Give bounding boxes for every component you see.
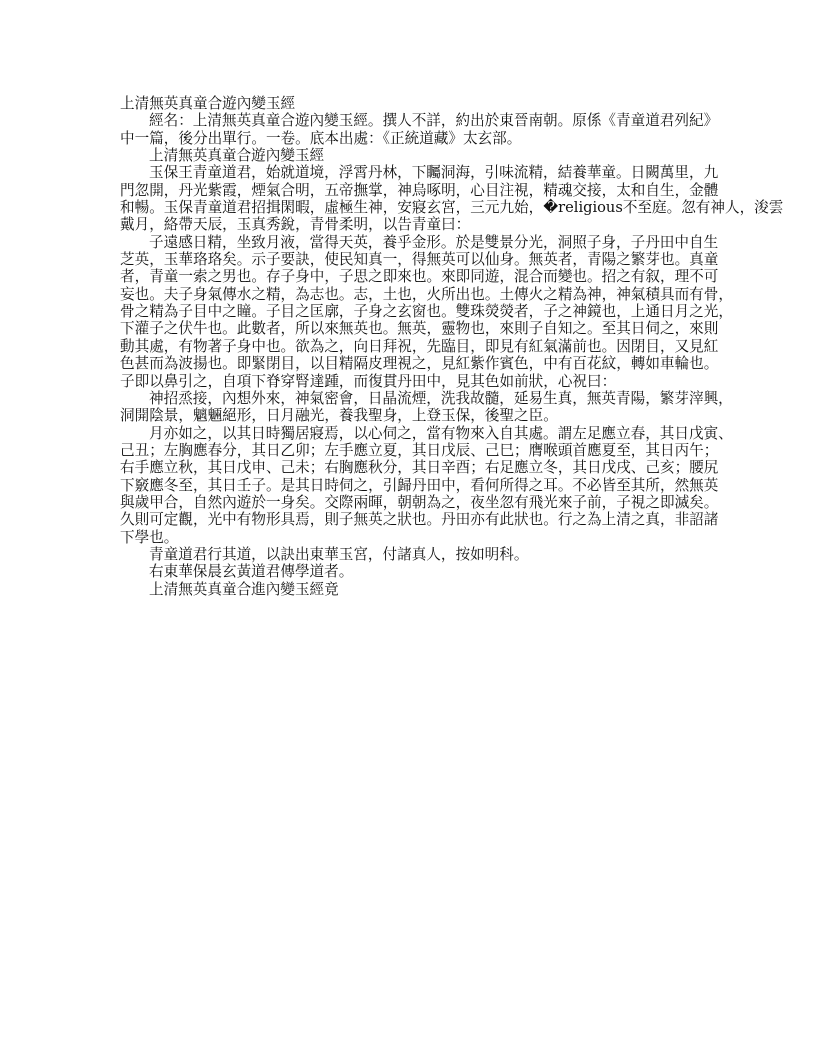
document-title: 上清無英真童合遊內變玉經 — [120, 95, 720, 112]
text-line: 色甚而為波揚也。即緊閉目，以目精隔皮理視之，見紅紫作賓色，中有百花紋，轉如車輪也… — [120, 355, 720, 372]
colophon: 右東華保晨玄黃道君傳學道者。 — [120, 563, 720, 580]
paragraph: 青童道君行其道，以訣出東華玉宮，付諸真人，按如明科。 — [120, 546, 720, 563]
text-line: 玉保王青童道君，始就道境，浮霄丹林，下矚洞海，引味流精，結養華童。日闕萬里，九 — [120, 164, 720, 181]
text-line: 與歲甲合，自然內遊於一身矣。交際兩暉，朝朝為之，夜坐忽有飛光來子前，子視之即滅矣… — [120, 494, 720, 511]
paragraph: 玉保王青童道君，始就道境，浮霄丹林，下矚洞海，引味流精，結養華童。日闕萬里，九 … — [120, 164, 720, 233]
text-line: 神招烝接，內想外來，神氣密會，日晶流煙，洗我故髓，延易生真，無英青陽，繁芽滓興， — [120, 390, 720, 407]
document-subtitle: 上清無英真童合遊內變玉經 — [120, 147, 720, 164]
intro-line: 經名：上清無英真童合遊內變玉經。撰人不詳，約出於東晉南朝。原係《青童道君列紀》 — [120, 112, 720, 129]
text-line: 上清無英真童合進內變玉經竟 — [120, 581, 720, 598]
text-line: 子即以鼻引之，自項下脊穿腎達踵，而復貫丹田中，見其色如前狀，心祝曰： — [120, 373, 720, 390]
text-line: 子遠感日精，坐致月液，當得天英，養乎金形。於是雙景分光，洞照子身，子丹田中自生 — [120, 234, 720, 251]
text-line: 己丑；左胸應春分，其日乙卯；左手應立夏，其日戊辰、己巳；膺喉頭首應夏至，其日丙午… — [120, 442, 720, 459]
text-line: 妄也。夫子身氣傳水之精，為志也。志，土也，火所出也。土傳火之精為神，神氣積具而有… — [120, 286, 720, 303]
document-page: 上清無英真童合遊內變玉經 經名：上清無英真童合遊內變玉經。撰人不詳，約出於東晉南… — [120, 95, 720, 598]
text-line: 者，青童一索之男也。存子身中，子思之即來也。來即同遊，混合而變也。招之有叙，理不… — [120, 268, 720, 285]
paragraph: 月亦如之，以其日時獨居寢焉，以心伺之，當有物來入自其處。謂左足應立春，其日戊寅、… — [120, 425, 720, 546]
closing-title: 上清無英真童合進內變玉經竟 — [120, 581, 720, 598]
text-line: 動其處，有物著子身中也。欲為之，向日拜祝，先臨目，即見有紅氣滿前也。因閉目，又見… — [120, 338, 720, 355]
text-line: 右手應立秋，其日戊申、己未；右胸應秋分，其日辛酉；右足應立冬，其日戊戌、己亥；腰… — [120, 459, 720, 476]
incantation-paragraph: 神招烝接，內想外來，神氣密會，日晶流煙，洗我故髓，延易生真，無英青陽，繁芽滓興，… — [120, 390, 720, 425]
text-line: 洞開陰景，魑魎絕形，日月融光，養我聖身，上登玉保，後聖之臣。 — [120, 407, 720, 424]
text-line: 右東華保晨玄黃道君傳學道者。 — [120, 563, 720, 580]
text-line: 門忽開，丹光紫霞，煙氣合明，五帝撫掌，神烏啄明，心目注視，精魂交接，太和自生，金… — [120, 182, 720, 199]
text-line: 下學也。 — [120, 529, 720, 546]
text-line: 月亦如之，以其日時獨居寢焉，以心伺之，當有物來入自其處。謂左足應立春，其日戊寅、 — [120, 425, 720, 442]
paragraph: 子遠感日精，坐致月液，當得天英，養乎金形。於是雙景分光，洞照子身，子丹田中自生 … — [120, 234, 720, 390]
text-line: 戴月，絡帶天辰，玉真秀銳，青骨柔明，以告青童曰： — [120, 216, 720, 233]
intro-line: 中一篇，後分出單行。一卷。底本出處：《正統道藏》太玄部。 — [120, 130, 720, 147]
text-line: 骨之精為子目中之瞳。子目之匡廓，子身之玄窗也。雙珠熒熒者，子之神鏡也，上通日月之… — [120, 303, 720, 320]
text-line: 下竅應冬至，其日壬子。是其日時伺之，引歸丹田中，看何所得之耳。不必皆至其所，然無… — [120, 477, 720, 494]
text-line: 青童道君行其道，以訣出東華玉宮，付諸真人，按如明科。 — [120, 546, 720, 563]
text-line: 和暢。玉保青童道君招揖閑暇，虛極生神，安寢玄宮，三元九始，�religious不… — [120, 199, 720, 216]
text-line: 下灌子之伏牛也。此數者，所以來無英也。無英，靈物也，來則子自知之。至其日伺之，來… — [120, 320, 720, 337]
text-line: 芝英，玉華珞珞矣。示子要訣，使民知真一，得無英可以仙身。無英者，青陽之繁芽也。真… — [120, 251, 720, 268]
text-line: 久則可定觀，光中有物形具焉，則子無英之狀也。丹田亦有此狀也。行之為上清之真，非詔… — [120, 511, 720, 528]
